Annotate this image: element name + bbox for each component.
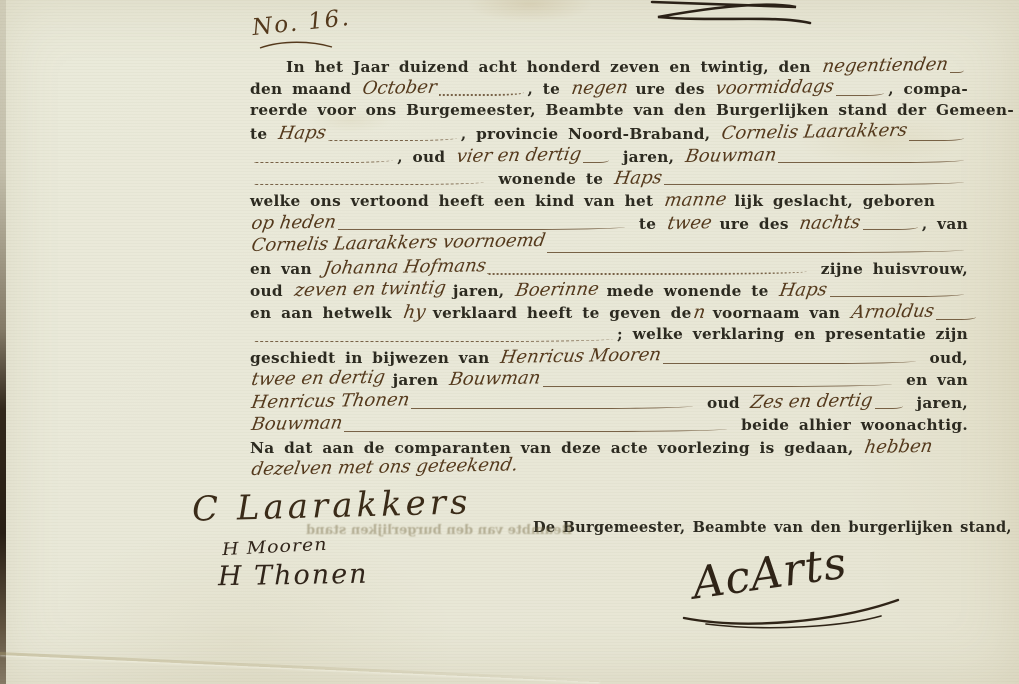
printed-text: jaren, (443, 282, 514, 300)
blank-filler-line (543, 381, 893, 387)
blank-filler-line (338, 224, 625, 230)
printed-text: zijne huisvrouw, (811, 260, 968, 278)
blank-filler-line (663, 358, 916, 364)
document-line: en van Johanna Hofmans zijne huisvrouw, (250, 258, 968, 280)
printed-text: welke ons vertoond heeft een kind van he… (250, 192, 663, 210)
burgemeester-signature-flourish (676, 596, 906, 630)
blank-filler-line (487, 268, 807, 275)
printed-text: lijk geslacht, geboren (725, 192, 935, 210)
document-body: In het Jaar duizend acht honderd zeven e… (250, 56, 968, 481)
printed-text: beide alhier woonachtig. (731, 416, 968, 434)
act-number-flourish (258, 38, 336, 52)
document-line: Bouwman beide alhier woonachtig. (250, 414, 968, 436)
printed-text: en van (250, 260, 322, 278)
document-line: den maand October, te negen ure des voor… (250, 78, 968, 100)
printed-text: jaren, (907, 394, 968, 412)
handwritten-text: Bouwman (250, 413, 344, 436)
signature-witness-mooren: H Mooren (222, 534, 328, 559)
handwritten-text: Henricus Mooren (499, 344, 663, 368)
blank-filler-line (344, 426, 727, 432)
handwritten-text: Bouwman (448, 368, 542, 391)
document-line: twee en dertig jaren Bouwman en van (250, 369, 968, 391)
blank-filler-line (439, 89, 524, 96)
printed-text: ure des (710, 215, 799, 233)
handwritten-text: Zes en dertig (749, 390, 874, 413)
handwritten-text: Boerinne (514, 278, 601, 300)
handwritten-text: hebben (863, 435, 934, 457)
printed-text: en van (896, 371, 968, 389)
document-line: op heden te twee ure des nachts, van (250, 213, 968, 235)
blank-filler-line (254, 157, 393, 163)
printed-text: voornaam van (703, 304, 850, 322)
printed-text: Na dat aan de comparanten van deze acte … (250, 439, 863, 457)
document-line: In het Jaar duizend acht honderd zeven e… (250, 56, 968, 78)
blank-filler-line (328, 135, 457, 141)
signature-witness-thonen: H Thonen (218, 559, 369, 593)
printed-text: jaren (383, 371, 448, 389)
blank-filler-line (547, 247, 964, 253)
document-scan: No. 16. In het Jaar duizend acht honderd… (0, 0, 1019, 684)
document-line: , oud vier en dertig jaren, Bouwman (250, 146, 968, 168)
printed-text: , provincie Noord-Braband, (461, 125, 720, 143)
document-line: welke ons vertoond heeft een kind van he… (250, 190, 968, 212)
handwritten-text: dezelven met ons geteekend. (250, 454, 520, 480)
document-line: Henricus Thonen oud Zes en dertig jaren, (250, 392, 968, 414)
printed-text: , compa- (888, 80, 968, 98)
printed-text: , te (528, 80, 570, 98)
handwritten-text: Johanna Hofmans (322, 255, 488, 279)
blank-filler-line (411, 403, 693, 409)
cutoff-signature-flourish (646, 0, 816, 26)
printed-text: oud, (920, 349, 968, 367)
blank-filler-line (909, 135, 964, 141)
handwritten-text: twee en dertig (250, 367, 387, 390)
blank-filler-line (875, 403, 903, 409)
printed-text: oud (250, 282, 293, 300)
printed-text: verklaard heeft te geven de (423, 304, 691, 322)
handwritten-text: manne (663, 189, 728, 211)
blank-filler-line (950, 67, 964, 73)
handwritten-text: zeven en twintig (293, 277, 448, 301)
document-line: en aan hetwelk hy verklaard heeft te gev… (250, 302, 968, 324)
blank-filler-line (830, 291, 965, 297)
printed-text: , van (922, 215, 968, 233)
document-line: wonende te Haps (250, 168, 968, 190)
blank-filler-line (863, 224, 918, 230)
document-line: geschiedt in bijwezen van Henricus Moore… (250, 347, 968, 369)
printed-text: reerde voor ons Burgemeester, Beambte va… (250, 101, 1014, 119)
printed-text: wonende te (489, 170, 613, 188)
document-line: Na dat aan de comparanten van deze acte … (250, 437, 968, 459)
printed-text: geschiedt in bijwezen van (250, 349, 499, 367)
printed-text: te (629, 215, 666, 233)
handwritten-text: nachts (798, 212, 862, 234)
blank-filler-line (664, 179, 964, 185)
printed-text: In het Jaar duizend acht honderd zeven e… (286, 58, 821, 76)
printed-text: mede wonende te (597, 282, 778, 300)
document-line: Cornelis Laarakkers voornoemd (250, 235, 968, 257)
handwritten-text: hy (402, 302, 427, 323)
blank-filler-line (936, 314, 976, 320)
act-number: No. 16. (251, 5, 352, 41)
handwritten-text: October (361, 77, 438, 99)
printed-text: en aan hetwelk (250, 304, 402, 322)
document-line: te Haps, provincie Noord-Braband, Cornel… (250, 123, 968, 145)
handwritten-text: Henricus Thonen (250, 389, 411, 413)
blank-filler-line (583, 157, 609, 163)
paper-crease (0, 652, 599, 682)
book-binding-edge (0, 0, 6, 684)
handwritten-text: Haps (613, 167, 664, 189)
handwritten-text: voormiddags (714, 76, 835, 99)
handwritten-text: Bouwman (684, 144, 778, 167)
burgemeester-title-line: De Burgemeester, Beambte van den burgerl… (533, 519, 973, 536)
handwritten-text: Haps (277, 122, 328, 144)
printed-text: oud (697, 394, 749, 412)
handwritten-text: twee (666, 212, 713, 234)
printed-text: ; welke verklaring en presentatie zijn (617, 325, 968, 343)
handwritten-text: vier en dertig (455, 143, 583, 166)
blank-filler-line (836, 90, 884, 96)
handwritten-text: op heden (250, 211, 338, 233)
printed-text: jaren, (613, 148, 684, 166)
blank-filler-line (254, 179, 485, 185)
blank-filler-line (778, 157, 964, 163)
printed-text: den maand (250, 80, 361, 98)
document-line: ; welke verklaring en presentatie zijn (250, 325, 968, 347)
printed-text: ure des (626, 80, 715, 98)
printed-text: , oud (397, 148, 455, 166)
handwritten-text: negentienden (821, 54, 950, 77)
document-line: dezelven met ons geteekend. (250, 459, 968, 481)
handwritten-text: negen (570, 77, 630, 99)
handwritten-text: Arnoldus (850, 301, 936, 323)
document-line: oud zeven en twintig jaren, Boerinne med… (250, 280, 968, 302)
bleedthrough-text: Beambte van den burgerlijken stand (306, 523, 572, 538)
handwritten-text: Cornelis Laarakkers voornoemd (250, 230, 547, 256)
blank-filler-line (254, 336, 613, 342)
handwritten-text: Haps (778, 279, 829, 301)
printed-text: te (250, 125, 277, 143)
handwritten-text: Cornelis Laarakkers (720, 120, 909, 144)
